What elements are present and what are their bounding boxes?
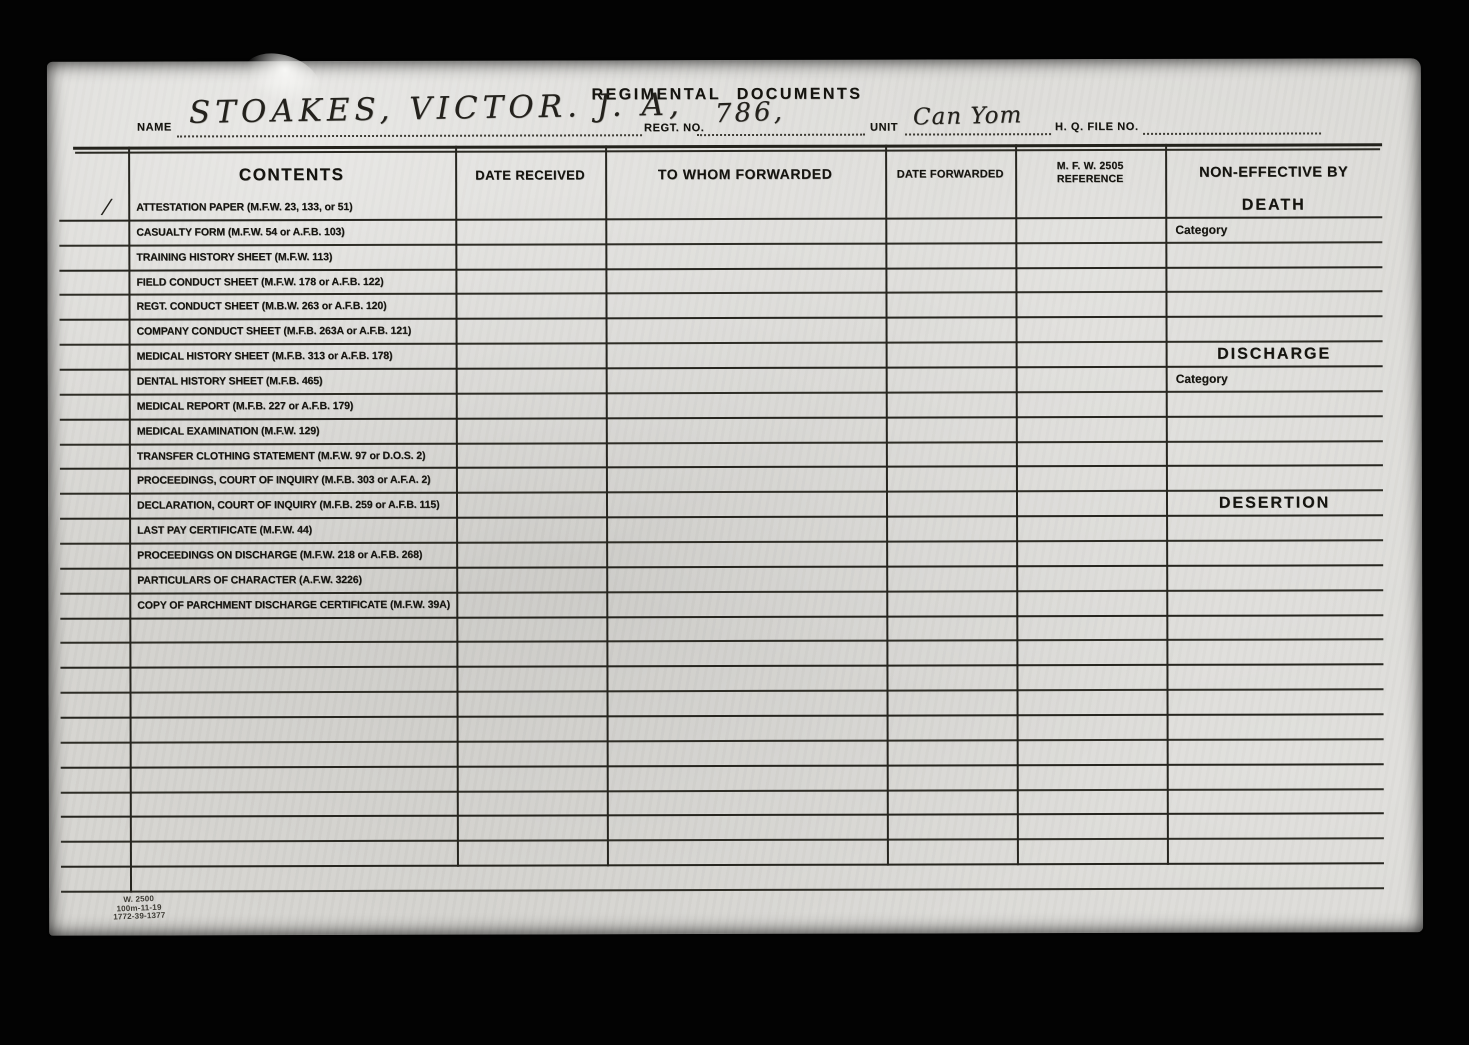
contents-cell: DENTAL HISTORY SHEET (M.F.B. 465) [137, 370, 452, 394]
name-value-handwritten: STOAKES, VICTOR. J. A, [189, 87, 684, 131]
non-effective-cell: DEATH [1165, 193, 1382, 216]
non-effective-heading: DEATH [1165, 193, 1382, 217]
table-row [61, 690, 1384, 718]
non-effective-cell [1166, 666, 1383, 689]
non-effective-cell [1167, 765, 1384, 788]
contents-cell: TRANSFER CLOTHING STATEMENT (M.F.W. 97 o… [137, 444, 452, 468]
non-effective-cell [1166, 467, 1383, 490]
table-row: DENTAL HISTORY SHEET (M.F.B. 465) Catego… [60, 367, 1383, 395]
header-contents: CONTENTS [128, 165, 455, 186]
contents-cell [137, 668, 452, 692]
table-rows: / ATTESTATION PAPER (M.F.W. 23, 133, or … [59, 193, 1384, 892]
contents-cell [138, 743, 453, 767]
non-effective-heading: DESERTION [1166, 492, 1383, 516]
table-row [61, 815, 1384, 843]
contents-cell [138, 817, 453, 841]
scanned-form-sheet: REGIMENTAL DOCUMENTS NAME STOAKES, VICTO… [47, 58, 1423, 936]
table-row: REGT. CONDUCT SHEET (M.B.W. 263 or A.F.B… [59, 293, 1382, 321]
non-effective-cell [1166, 591, 1383, 614]
table-header-row: CONTENTS DATE RECEIVED TO WHOM FORWARDED… [59, 150, 1382, 196]
table-row [60, 666, 1383, 694]
hq-file-no-label: H. Q. FILE NO. [1055, 121, 1139, 133]
non-effective-cell [1166, 641, 1383, 664]
non-effective-cell: DISCHARGE [1166, 342, 1383, 365]
documents-table: CONTENTS DATE RECEIVED TO WHOM FORWARDED… [59, 143, 1382, 146]
table-row [60, 616, 1383, 644]
table-row: COMPANY CONDUCT SHEET (M.F.B. 263A or A.… [60, 318, 1383, 346]
contents-cell: DECLARATION, COURT OF INQUIRY (M.F.B. 25… [137, 494, 452, 518]
table-row: TRAINING HISTORY SHEET (M.F.W. 113) [59, 243, 1382, 271]
table-row: LAST PAY CERTIFICATE (M.F.W. 44) [60, 516, 1383, 544]
contents-cell [138, 693, 453, 717]
table-row [61, 864, 1384, 892]
non-effective-cell: Category [1166, 367, 1383, 390]
header-date-forwarded: DATE FORWARDED [885, 168, 1015, 180]
contents-cell [138, 867, 453, 891]
non-effective-cell [1167, 690, 1384, 713]
name-rule [177, 134, 642, 137]
non-effective-heading: DISCHARGE [1166, 342, 1383, 366]
regt-no-label: REGT. NO. [644, 122, 704, 134]
table-row: PROCEEDINGS, COURT OF INQUIRY (M.F.B. 30… [60, 467, 1383, 495]
header-reference-line2: REFERENCE [1057, 173, 1124, 185]
regt-no-value-handwritten: 786, [714, 97, 785, 130]
non-effective-cell [1167, 864, 1384, 887]
non-effective-cell [1166, 541, 1383, 564]
non-effective-cell [1165, 243, 1382, 266]
contents-cell [137, 618, 452, 642]
contents-cell: CASUALTY FORM (M.F.W. 54 or A.F.B. 103) [136, 221, 451, 245]
non-effective-cell [1165, 293, 1382, 316]
non-effective-cell [1167, 790, 1384, 813]
stamp-line-3: 1772-39-1377 [99, 911, 179, 922]
hq-file-no-rule [1143, 132, 1321, 134]
check-mark: / [102, 194, 111, 219]
contents-cell: COMPANY CONDUCT SHEET (M.F.B. 263A or A.… [137, 320, 452, 344]
contents-cell: REGT. CONDUCT SHEET (M.B.W. 263 or A.F.B… [136, 295, 451, 319]
contents-cell [138, 767, 453, 791]
table-row: PARTICULARS OF CHARACTER (A.F.W. 3226) [60, 566, 1383, 594]
table-row: CASUALTY FORM (M.F.W. 54 or A.F.B. 103) … [59, 218, 1382, 246]
table-row: MEDICAL REPORT (M.F.B. 227 or A.F.B. 179… [60, 392, 1383, 420]
contents-cell: MEDICAL EXAMINATION (M.F.W. 129) [137, 419, 452, 443]
table-row [61, 765, 1384, 793]
unit-label: UNIT [870, 122, 898, 134]
non-effective-cell [1166, 616, 1383, 639]
printers-stamp: W. 2500 100m-11-19 1772-39-1377 [99, 894, 180, 922]
non-effective-cell [1166, 442, 1383, 465]
table-row: COPY OF PARCHMENT DISCHARGE CERTIFICATE … [60, 591, 1383, 619]
non-effective-cell [1167, 840, 1384, 863]
table-row [61, 715, 1384, 743]
contents-cell: MEDICAL REPORT (M.F.B. 227 or A.F.B. 179… [137, 395, 452, 419]
non-effective-cell [1166, 392, 1383, 415]
non-effective-cell [1166, 566, 1383, 589]
non-effective-cell [1166, 417, 1383, 440]
contents-cell: ATTESTATION PAPER (M.F.W. 23, 133, or 51… [136, 196, 451, 220]
table-row [60, 641, 1383, 669]
contents-cell [138, 718, 453, 742]
table-row: PROCEEDINGS ON DISCHARGE (M.F.W. 218 or … [60, 541, 1383, 569]
unit-value-handwritten: Can Yom [913, 102, 1023, 130]
contents-cell [137, 643, 452, 667]
non-effective-cell [1167, 715, 1384, 738]
non-effective-category-label: Category [1165, 218, 1382, 242]
table-row [61, 740, 1384, 768]
header-to-whom-forwarded: TO WHOM FORWARDED [605, 166, 885, 183]
table-row: MEDICAL EXAMINATION (M.F.W. 129) [60, 417, 1383, 445]
table-row [61, 790, 1384, 818]
contents-cell: PROCEEDINGS ON DISCHARGE (M.F.W. 218 or … [137, 544, 452, 568]
table-row: MEDICAL HISTORY SHEET (M.F.B. 313 or A.F… [60, 342, 1383, 370]
header-reference-line1: M. F. W. 2505 [1057, 160, 1124, 172]
contents-cell: LAST PAY CERTIFICATE (M.F.W. 44) [137, 519, 452, 543]
non-effective-cell [1165, 268, 1382, 291]
header-date-received: DATE RECEIVED [455, 167, 605, 182]
contents-cell: PROCEEDINGS, COURT OF INQUIRY (M.F.B. 30… [137, 469, 452, 493]
non-effective-cell [1166, 318, 1383, 341]
contents-cell [138, 842, 453, 866]
unit-rule [905, 133, 1051, 135]
table-row [61, 840, 1384, 868]
non-effective-cell [1166, 516, 1383, 539]
contents-cell: FIELD CONDUCT SHEET (M.F.W. 178 or A.F.B… [136, 270, 451, 294]
table-row: DECLARATION, COURT OF INQUIRY (M.F.B. 25… [60, 492, 1383, 520]
name-label: NAME [137, 121, 172, 133]
non-effective-cell: Category [1165, 218, 1382, 241]
contents-cell: PARTICULARS OF CHARACTER (A.F.W. 3226) [137, 569, 452, 593]
table-row: FIELD CONDUCT SHEET (M.F.W. 178 or A.F.B… [59, 268, 1382, 296]
non-effective-cell [1167, 815, 1384, 838]
table-row: TRANSFER CLOTHING STATEMENT (M.F.W. 97 o… [60, 442, 1383, 470]
header-non-effective-by: NON-EFFECTIVE BY [1165, 164, 1382, 181]
contents-cell [138, 792, 453, 816]
non-effective-category-label: Category [1166, 367, 1383, 391]
table-row: / ATTESTATION PAPER (M.F.W. 23, 133, or … [59, 193, 1382, 221]
contents-cell: TRAINING HISTORY SHEET (M.F.W. 113) [136, 245, 451, 269]
non-effective-cell [1167, 740, 1384, 763]
contents-cell: COPY OF PARCHMENT DISCHARGE CERTIFICATE … [137, 593, 452, 617]
non-effective-cell: DESERTION [1166, 492, 1383, 515]
regt-no-rule [697, 134, 865, 136]
contents-cell: MEDICAL HISTORY SHEET (M.F.B. 313 or A.F… [137, 345, 452, 369]
header-reference: M. F. W. 2505 REFERENCE [1015, 160, 1165, 186]
